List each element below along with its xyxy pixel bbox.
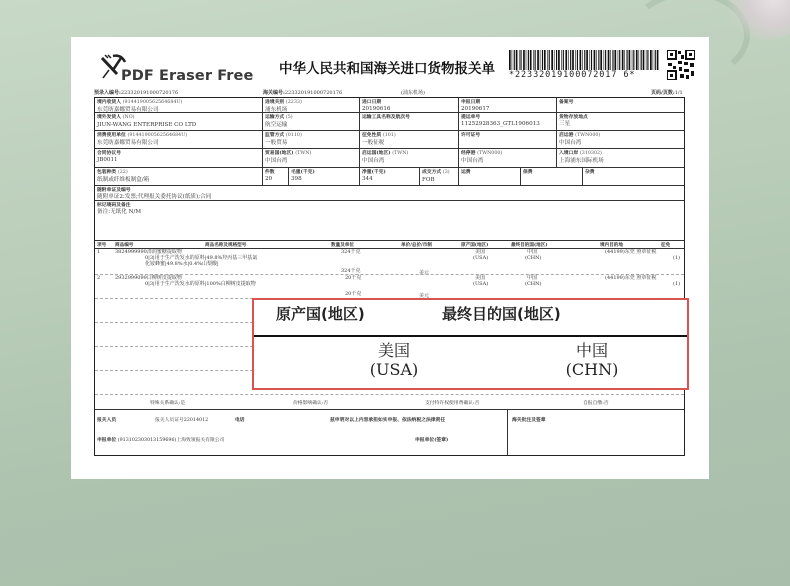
footer-row: 报关人员 报关人员证号22014012 电话 兹申明对以上内容承担如实申报、依法… [95,410,684,455]
destination-code: (CHN) [552,360,632,379]
customs-declaration-document: PDF Eraser Free 中华人民共和国海关进口货物报关单 *223320… [71,37,709,479]
form-row-1: 境内收货人 (91441900562564684U) 东莞昉嘉娜贸易有限公司 进… [95,98,684,113]
highlight-header: 原产国(地区) 最终目的国(地区) [254,300,687,337]
tax-nature-cell: 征免性质 (101) 一般征税 [360,131,459,148]
import-date-cell: 进口日期 20190616 [360,98,459,112]
form-row-4: 合同协议号 JB0011 贸易国(地区) (TWN) 中国台湾 启运国(地区) … [95,149,684,168]
declarant-cell: 报关人员 报关人员证号22014012 电话 兹申明对以上内容承担如实申报、依法… [95,410,508,455]
form-row-5: 包装种类 (22) 纸制或纤维板制盒/箱 件数 20 毛重(千克) 398 净重… [95,168,684,186]
customs-number: 海关编号:223320191000720176 [263,89,342,96]
entry-customs-cell: 进境关别 (2233) 浦东机场 [263,98,360,112]
remarks-cell: 标记唛码及备注 备注:无纸化 N/M [95,201,684,240]
goods-table-header: 项号 商品编号 商品名称及规格型号 数量及单位 单价/总价/币制 原产国(地区)… [95,240,684,249]
port-note: (浦东机场) [401,89,425,96]
transport-mode-cell: 运输方式 (5) 航空运输 [263,113,360,130]
page-count: 页码/页数:1/1 [651,89,683,96]
declaration-form: 境内收货人 (91441900562564684U) 东莞昉嘉娜贸易有限公司 进… [94,97,685,456]
insurance-cell: 保费 [521,168,583,185]
watermark-text: PDF Eraser Free [121,68,253,84]
form-row-remarks: 标记唛码及备注 备注:无纸化 N/M [95,201,684,240]
trade-country-cell: 贸易国(地区) (TWN) 中国台湾 [263,149,360,167]
transport-tool-cell: 运输工具名称及航次号 [360,113,459,130]
preentry-number: 预录入编号:223320191000720176 [94,89,178,96]
declare-date-cell: 申报日期 20190617 [459,98,557,112]
form-row-documents: 随附单证及编号 随附单证2:发票;代理报关委托协议(纸质);合同 [95,186,684,201]
consignee-cell: 境内收货人 (91441900562564684U) 东莞昉嘉娜贸易有限公司 [95,98,263,112]
customs-approval-cell: 海关批注及签章 [508,410,685,455]
destination-value: 中国 [552,338,632,361]
consumer-cell: 消费使用单位 (91441900562564684U) 东莞昉嘉娜贸易有限公司 [95,131,263,148]
transit-port-cell: 经停港 (TWN000) 中国台湾 [459,149,557,167]
entry-port-cell: 入境口岸 (310302) 上海浦东国际机场 [557,149,685,167]
origin-header: 原产国(地区) [276,303,365,324]
document-title: 中华人民共和国海关进口货物报关单 [279,57,495,77]
pieces-cell: 件数 20 [263,168,289,185]
license-no-cell: 许可证号 [459,131,557,148]
record-no-cell: 备案号 [557,98,685,112]
depart-port-cell: 启运港 (TWN000) 中国台湾 [557,131,685,148]
origin-destination-highlight: 原产国(地区) 最终目的国(地区) 美国 (USA) 中国 (CHN) [252,298,689,390]
form-row-3: 消费使用单位 (91441900562564684U) 东莞昉嘉娜贸易有限公司 … [95,131,684,149]
form-row-2: 境外发货人 (NO) JIUN-WANG ENTERPRISE CO LTD 运… [95,113,684,131]
barcode-icon [509,50,659,70]
bill-no-cell: 提运单号 11252928363_GTL1906013 [459,113,557,130]
depart-country-cell: 启运国(地区) (TWN) 中国台湾 [360,149,459,167]
barcode-number: *22332019100072017 6* [509,70,661,80]
special-relation-confirm: 特殊关系确认:是 [150,399,185,406]
documents-cell: 随附单证及编号 随附单证2:发票;代理报关委托协议(纸质);合同 [95,186,684,200]
watermark-logo: PDF Eraser Free [99,52,219,86]
consignee-value: 东莞昉嘉娜贸易有限公司 [97,106,260,112]
price-impact-confirm: 价格影响确认:否 [293,399,328,406]
confirmations-row: 特殊关系确认:是 价格影响确认:否 支付特许权使用费确认:否 自报自缴:否 [95,394,684,410]
goods-location-cell: 货物存放地点 三星 [557,113,685,130]
origin-code: (USA) [354,360,434,379]
royalty-confirm: 支付特许权使用费确认:否 [425,399,479,406]
shipper-cell: 境外发货人 (NO) JIUN-WANG ENTERPRISE CO LTD [95,113,263,130]
net-weight-cell: 净重(千克) 344 [360,168,420,185]
gross-weight-cell: 毛重(千克) 398 [289,168,360,185]
freight-cell: 运费 [459,168,521,185]
package-type-cell: 包装种类 (22) 纸制或纤维板制盒/箱 [95,168,263,185]
misc-fee-cell: 杂费 [583,168,685,185]
qr-code-icon [667,50,695,80]
destination-header: 最终目的国(地区) [442,303,561,324]
contract-no-cell: 合同协议号 JB0011 [95,149,263,167]
self-report-confirm: 自报自缴:否 [583,399,609,406]
deal-mode-cell: 成交方式 (3) FOB [420,168,459,185]
origin-value: 美国 [354,338,434,361]
goods-row-divider [95,274,684,275]
supervision-cell: 监管方式 (0110) 一般贸易 [263,131,360,148]
